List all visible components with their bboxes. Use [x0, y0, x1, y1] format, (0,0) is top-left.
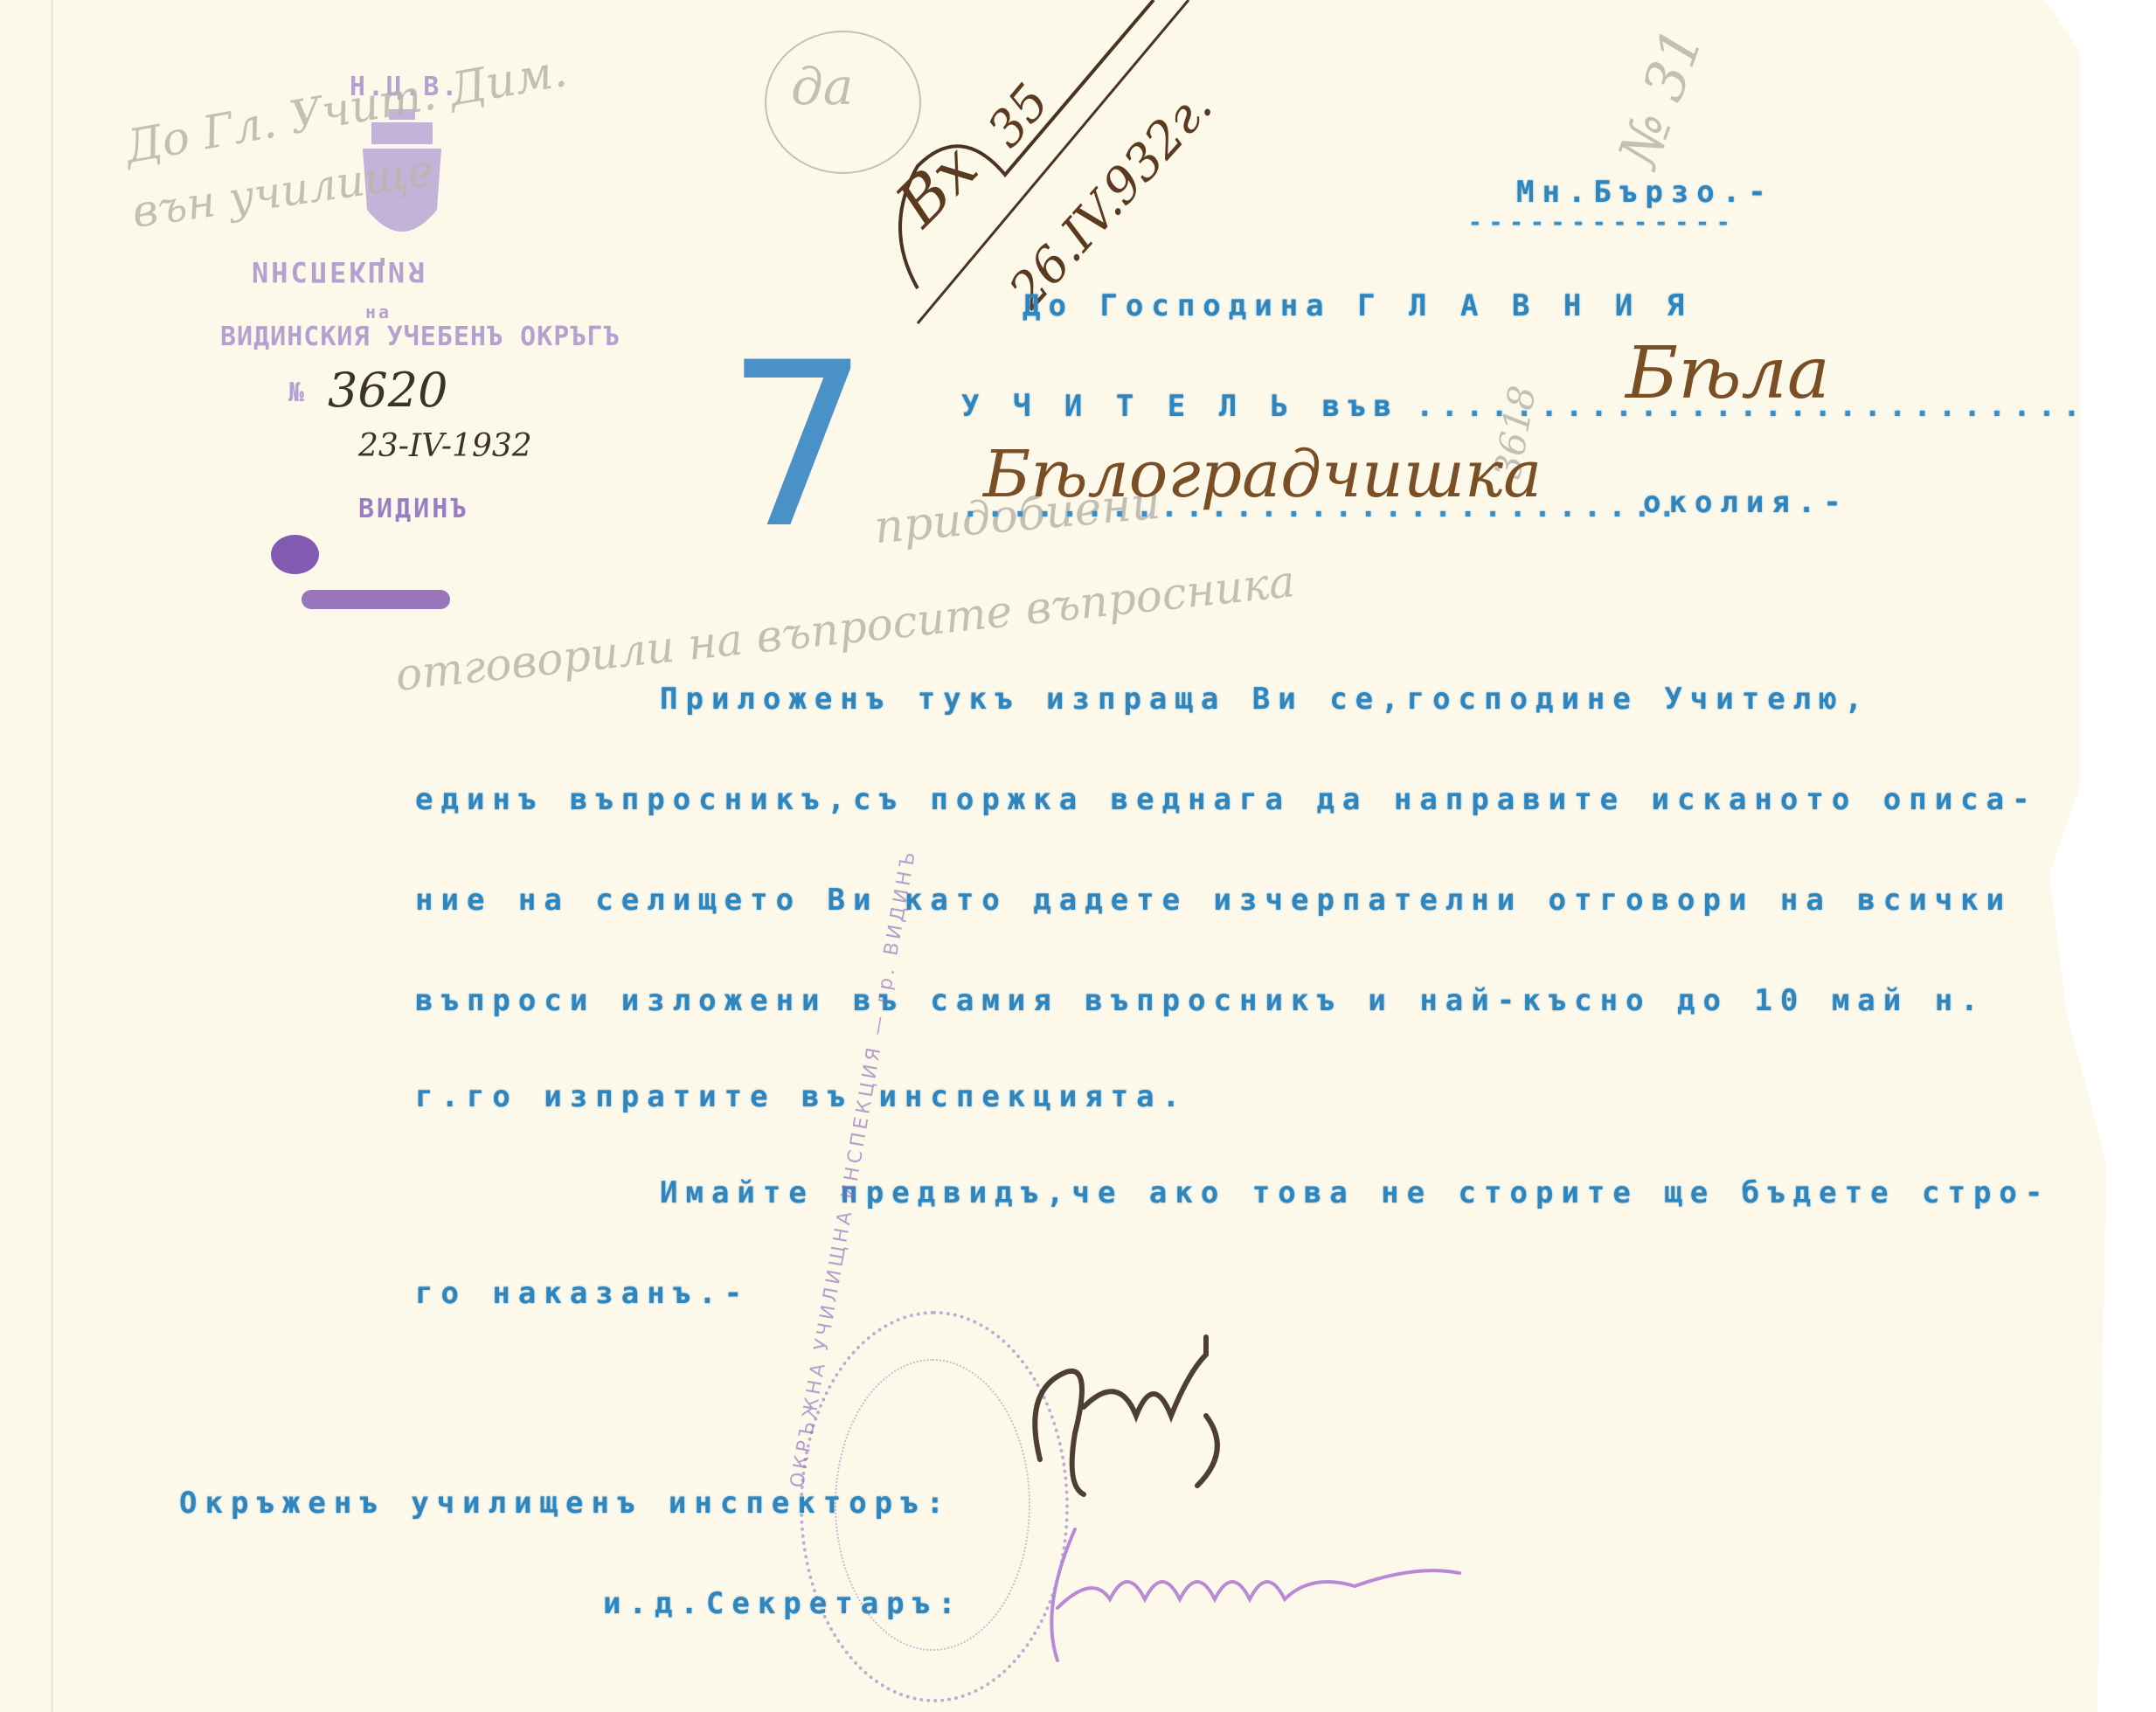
urgency-label: Мн.Бързо.-: [1516, 175, 1774, 210]
addressee-district-handwritten: Бѣлоградчишка: [983, 437, 1542, 512]
body-line-5: г.го изпратите въ инспекцията.: [415, 1079, 1188, 1114]
body-line-6: Имайте предвидъ,че ако това не сторите щ…: [660, 1175, 2050, 1210]
body-line-4: въпроси изложени въ самия въпросникъ и н…: [415, 983, 1986, 1018]
secretary-signature: [1023, 1503, 1512, 1678]
body-line-3: ние на селището Ви като дадете изчерпате…: [415, 883, 2012, 918]
stamp-number-prefix: №: [288, 378, 307, 408]
body-line-2: единъ въпросникъ,съ поржка веднага да на…: [415, 782, 2038, 817]
addressee-village-handwritten: Бѣла: [1626, 332, 1830, 415]
stamp-city: ВИДИНЪ: [358, 494, 468, 524]
addressee-line1: До Господина Г Л А В Н И Я: [1023, 288, 1692, 323]
addressee-line3-suffix: околия.-: [1643, 485, 1849, 520]
ink-blot: [271, 535, 319, 574]
stamp-line3: ВИДИНСКИЯ УЧЕБЕНЪ ОКРЪГЪ: [220, 322, 620, 352]
inspector-signature: [1005, 1320, 1250, 1521]
paper-fold: [51, 0, 53, 1712]
secretary-label: и.д.Секретаръ:: [603, 1586, 964, 1621]
stamp-line1: ИНСПЕКЦИЯ: [252, 255, 426, 288]
ink-smudge: [302, 590, 450, 609]
urgency-underline: -------------: [1468, 210, 1737, 236]
stamp-date: 23-IV-1932: [358, 428, 532, 464]
addressee-line2-prefix: У Ч И Т Е Л Ь във: [961, 389, 1399, 424]
body-line-1: Приложенъ тукъ изпраща Ви се,господине У…: [660, 682, 1870, 717]
blue-pencil-mark: 7: [725, 315, 870, 579]
stamp-line2: на: [365, 302, 392, 322]
circled-pencil-text: да: [791, 57, 853, 116]
stamp-number: 3620: [328, 363, 447, 418]
inspector-label: Окръженъ училищенъ инспекторъ:: [179, 1486, 952, 1521]
body-line-7: го наказанъ.-: [415, 1276, 750, 1311]
